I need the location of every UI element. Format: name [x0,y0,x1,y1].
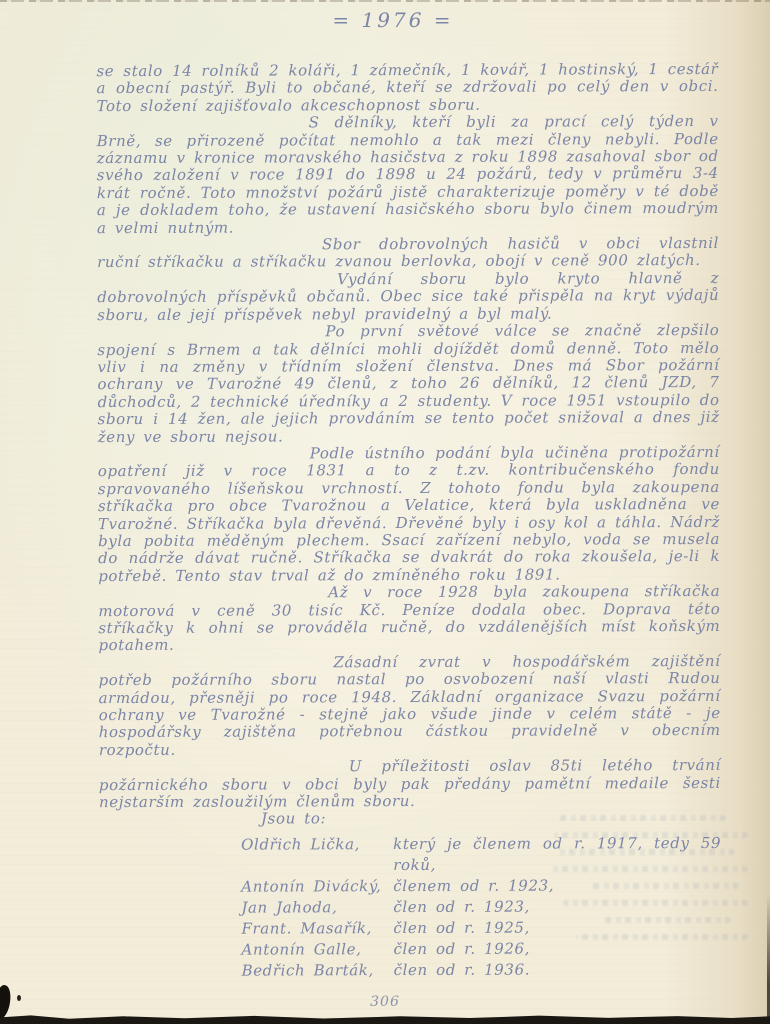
paragraph: se stalo 14 rolníků 2 koláři, 1 zámečník… [96,61,718,115]
bleedthrough-line [555,832,749,838]
bleedthrough-line [563,900,748,906]
bleedthrough-line [602,917,731,923]
list-item: Antonín Galle, člen od r. 1926, [241,938,721,961]
page-number: 306 [0,994,770,1010]
page-top-edge [0,0,770,2]
bleedthrough-line [589,883,740,889]
member-name: Oldřich Lička, [241,834,393,877]
member-name: Jan Jahoda, [241,897,393,919]
bleedthrough-line [555,849,736,855]
member-name: Frant. Masařík, [241,918,393,940]
member-membership: člen od r. 1926, [393,938,721,960]
paragraph: Podle ústního podání byla učiněna protip… [98,444,720,585]
list-item: Bedřich Barták, člen od r. 1936. [242,959,722,982]
paragraph: Až v roce 1928 byla zakoupena stříkačka … [98,583,720,655]
chronicle-page: = 1976 = se stalo 14 rolníků 2 koláři, 1… [0,0,770,1024]
paragraph: Po první světové válce se značně zlepšil… [97,322,719,446]
bleedthrough-line [576,934,748,940]
member-membership: člen od r. 1936. [394,959,722,981]
member-name: Bedřich Barták, [242,960,394,982]
bleedthrough-line [559,815,727,821]
paragraph: Sbor dobrovolných hasičů v obci vlastnil… [97,235,719,272]
member-name: Antonín Divácký, [241,876,393,898]
member-name: Antonín Galle, [241,939,393,961]
paragraph: Vydání sboru bylo kryto hlavně z dobrovo… [97,270,719,324]
paragraph: S dělníky, kteří byli za prací celý týde… [97,113,719,237]
ink-speck [17,995,21,1001]
ink-bleedthrough [533,815,748,940]
year-heading: = 1976 = [8,8,770,32]
bleedthrough-line [550,866,748,872]
paragraph: U příležitosti oslav 85ti letého trvání … [99,757,721,811]
page-bottom-edge [0,1013,770,1024]
paragraph: Zásadní zvrat v hospodářském zajištění p… [98,653,720,760]
